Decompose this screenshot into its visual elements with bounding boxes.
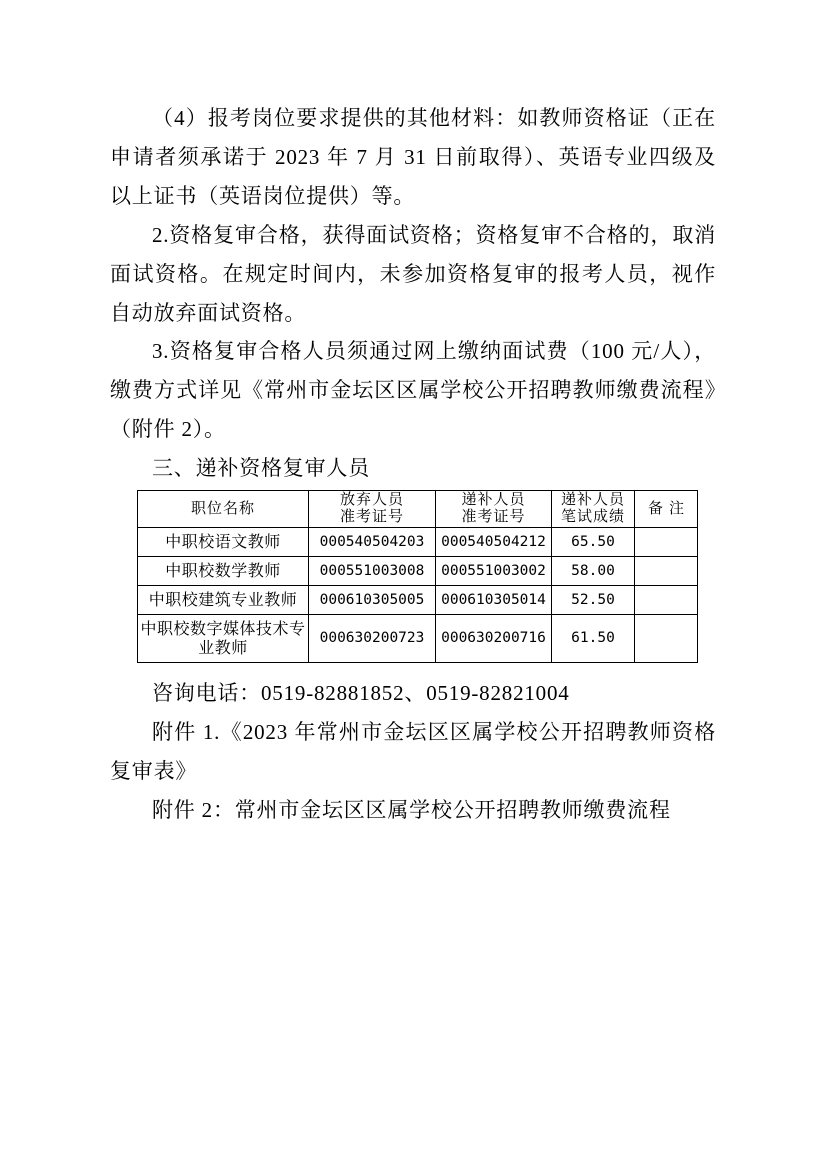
table-row: 中职校建筑专业教师00061030500500061030501452.50 bbox=[138, 586, 698, 615]
page: （4）报考岗位要求提供的其他材料：如教师资格证（正在申请者须承诺于 2023 年… bbox=[0, 0, 827, 1170]
remark-cell bbox=[635, 528, 698, 557]
table-head: 职位名称放弃人员 准考证号递补人员 准考证号递补人员 笔试成绩备注 bbox=[138, 491, 698, 528]
ticket-number-cell: 000551003008 bbox=[309, 557, 436, 586]
paragraph-interview-fee: 3.资格复审合格人员须通过网上缴纳面试费（100 元/人），缴费方式详见《常州市… bbox=[110, 332, 716, 449]
table-body: 中职校语文教师00054050420300054050421265.50中职校数… bbox=[138, 528, 698, 663]
score-cell: 58.00 bbox=[552, 557, 635, 586]
score-cell: 52.50 bbox=[552, 586, 635, 615]
table-row: 中职校数字媒体技术专业教师00063020072300063020071661.… bbox=[138, 615, 698, 663]
position-name-cell: 中职校数学教师 bbox=[138, 557, 309, 586]
table-header-row: 职位名称放弃人员 准考证号递补人员 准考证号递补人员 笔试成绩备注 bbox=[138, 491, 698, 528]
score-cell: 65.50 bbox=[552, 528, 635, 557]
remark-cell bbox=[635, 615, 698, 663]
score-cell: 61.50 bbox=[552, 615, 635, 663]
remark-cell bbox=[635, 557, 698, 586]
supplement-review-table: 职位名称放弃人员 准考证号递补人员 准考证号递补人员 笔试成绩备注 中职校语文教… bbox=[137, 490, 698, 663]
ticket-number-cell: 000551003002 bbox=[436, 557, 552, 586]
section-heading: 三、递补资格复审人员 bbox=[110, 449, 716, 488]
ticket-number-cell: 000630200716 bbox=[436, 615, 552, 663]
attachment-line-1: 附件 1.《2023 年常州市金坛区区属学校公开招聘教师资格复审表》 bbox=[110, 713, 716, 791]
ticket-number-cell: 000540504203 bbox=[309, 528, 436, 557]
column-header: 备注 bbox=[635, 491, 698, 528]
remark-cell bbox=[635, 586, 698, 615]
column-header: 放弃人员 准考证号 bbox=[309, 491, 436, 528]
contact-phone-line: 咨询电话：0519-82881852、0519-82821004 bbox=[110, 674, 716, 713]
position-name-cell: 中职校数字媒体技术专业教师 bbox=[138, 615, 309, 663]
paragraph-review-result: 2.资格复审合格，获得面试资格；资格复审不合格的，取消面试资格。在规定时间内，未… bbox=[110, 216, 716, 333]
column-header: 职位名称 bbox=[138, 491, 309, 528]
ticket-number-cell: 000610305014 bbox=[436, 586, 552, 615]
table-row: 中职校语文教师00054050420300054050421265.50 bbox=[138, 528, 698, 557]
paragraph-other-materials: （4）报考岗位要求提供的其他材料：如教师资格证（正在申请者须承诺于 2023 年… bbox=[110, 99, 716, 216]
position-name-cell: 中职校语文教师 bbox=[138, 528, 309, 557]
ticket-number-cell: 000540504212 bbox=[436, 528, 552, 557]
attachment-line-2: 附件 2：常州市金坛区区属学校公开招聘教师缴费流程 bbox=[110, 791, 716, 830]
position-name-cell: 中职校建筑专业教师 bbox=[138, 586, 309, 615]
table-row: 中职校数学教师00055100300800055100300258.00 bbox=[138, 557, 698, 586]
document-page: { "colors": { "text": "#000000", "backgr… bbox=[0, 0, 827, 1170]
ticket-number-cell: 000630200723 bbox=[309, 615, 436, 663]
ticket-number-cell: 000610305005 bbox=[309, 586, 436, 615]
column-header: 递补人员 准考证号 bbox=[436, 491, 552, 528]
column-header: 递补人员 笔试成绩 bbox=[552, 491, 635, 528]
